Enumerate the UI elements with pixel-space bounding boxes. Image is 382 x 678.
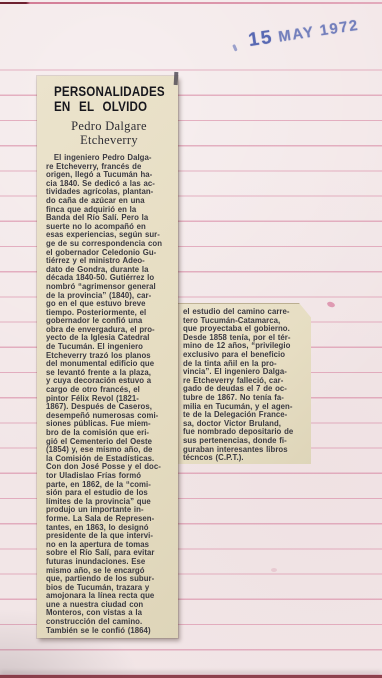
ink-smudge bbox=[271, 568, 277, 572]
date-stamp: 15MAY 1972 bbox=[247, 14, 360, 52]
headline-line-1: PERSONALIDADES bbox=[54, 84, 155, 99]
article-column-right: el estudio del camino carre- tero Tucumá… bbox=[183, 308, 308, 463]
corner-mark bbox=[174, 72, 179, 85]
stamp-month-year: MAY 1972 bbox=[277, 17, 360, 46]
notebook-page: 15MAY 1972 PERSONALIDADES EN EL OLVIDO P… bbox=[0, 0, 382, 678]
newspaper-clipping-left: PERSONALIDADES EN EL OLVIDO Pedro Dalgar… bbox=[37, 76, 178, 638]
stamp-day: 15 bbox=[247, 27, 275, 51]
ink-smudge bbox=[326, 301, 335, 308]
clipping-headline: PERSONALIDADES EN EL OLVIDO bbox=[54, 84, 172, 114]
newspaper-clipping-right: el estudio del camino carre- tero Tucumá… bbox=[178, 303, 311, 464]
article-column-left: El ingeniero Pedro Dalga- re Etcheverry,… bbox=[46, 154, 172, 635]
clipping-subhead: Pedro Dalgare Etcheverry bbox=[46, 120, 172, 147]
top-rule-line bbox=[0, 2, 382, 4]
headline-line-2: EN EL OLVIDO bbox=[54, 99, 155, 114]
